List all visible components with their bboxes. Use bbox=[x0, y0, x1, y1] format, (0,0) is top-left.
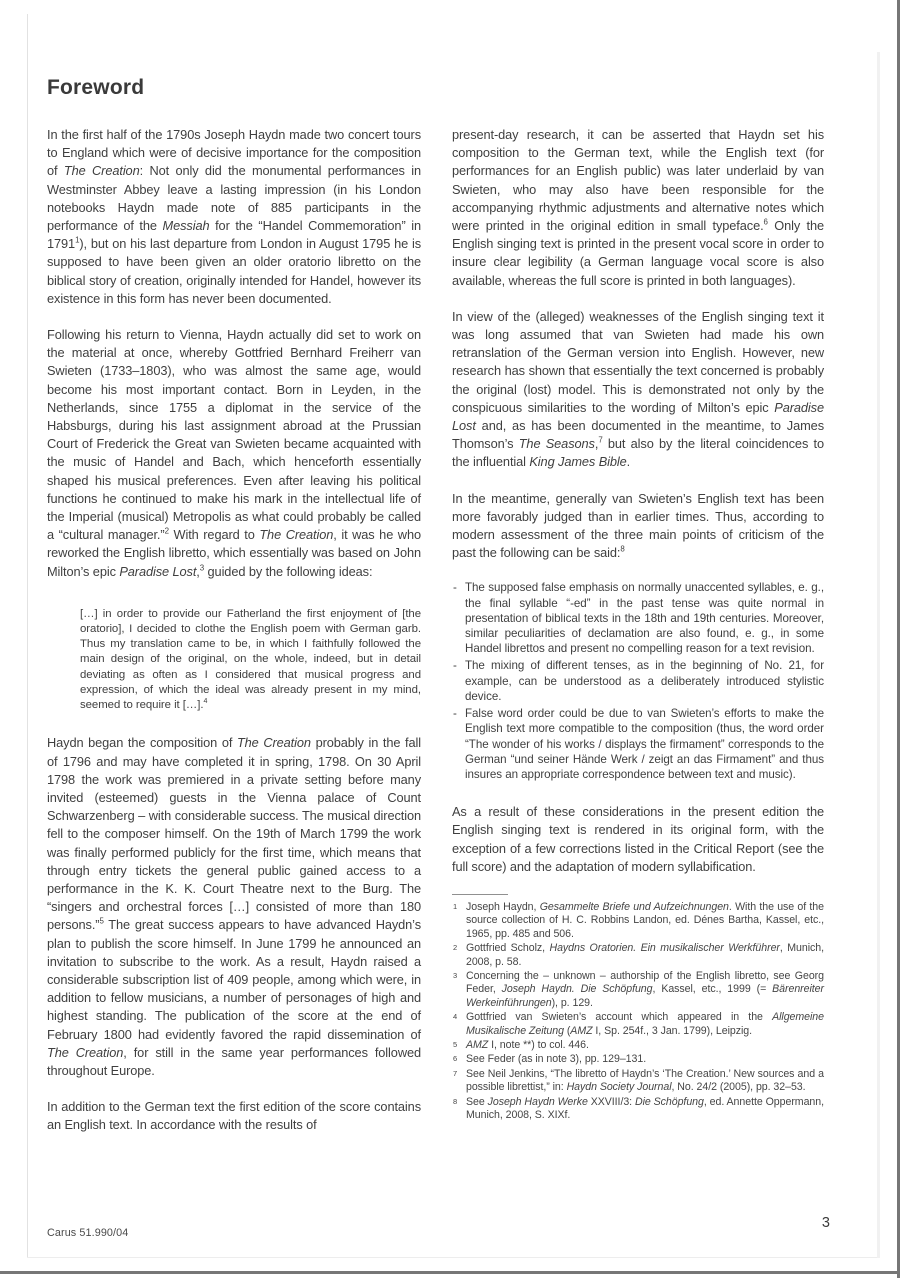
footnote-text: Gottfried van Swieten’s account which ap… bbox=[466, 1011, 824, 1036]
photo-edge-bottom bbox=[0, 1271, 900, 1274]
footnote-text: See Feder (as in note 3), pp. 129–131. bbox=[466, 1053, 646, 1065]
footnote: 8 See Joseph Haydn Werke XXVIII/3: Die S… bbox=[452, 1096, 824, 1123]
list-item: False word order could be due to van Swi… bbox=[452, 706, 824, 782]
footnote-text: See Neil Jenkins, “The libretto of Haydn… bbox=[466, 1068, 824, 1093]
criticism-list: The supposed false emphasis on normally … bbox=[452, 580, 824, 782]
footnote: 4 Gottfried van Swieten’s account which … bbox=[452, 1011, 824, 1038]
page-edge-right bbox=[877, 52, 880, 1258]
footnote-text: Gottfried Scholz, Haydns Oratorien. Ein … bbox=[466, 942, 824, 967]
page-edge-bottom bbox=[27, 1257, 880, 1258]
footnotes: 1 Joseph Haydn, Gesammelte Briefe und Au… bbox=[452, 894, 824, 1123]
footnote-number: 1 bbox=[453, 900, 457, 913]
footnote-number: 4 bbox=[453, 1010, 457, 1023]
footnote-number: 7 bbox=[453, 1067, 457, 1080]
footnote: 3 Concerning the – unknown – authorship … bbox=[452, 970, 824, 1010]
paragraph: Haydn began the composition of The Creat… bbox=[47, 734, 421, 1080]
page-title: Foreword bbox=[47, 76, 144, 100]
footnote-text: AMZ I, note **) to col. 446. bbox=[466, 1039, 589, 1051]
footnote: 7 See Neil Jenkins, “The libretto of Hay… bbox=[452, 1068, 824, 1095]
footnote-text: See Joseph Haydn Werke XXVIII/3: Die Sch… bbox=[466, 1096, 824, 1121]
catalog-number: Carus 51.990/04 bbox=[47, 1227, 128, 1239]
paragraph: Following his return to Vienna, Haydn ac… bbox=[47, 326, 421, 581]
footnote-number: 8 bbox=[453, 1095, 457, 1108]
page-number: 3 bbox=[730, 1215, 830, 1231]
paragraph: In view of the (alleged) weaknesses of t… bbox=[452, 308, 824, 472]
footnote-text: Joseph Haydn, Gesammelte Briefe und Aufz… bbox=[466, 901, 824, 940]
list-item: The supposed false emphasis on normally … bbox=[452, 580, 824, 656]
list-item: The mixing of different tenses, as in th… bbox=[452, 658, 824, 704]
footnote: 1 Joseph Haydn, Gesammelte Briefe und Au… bbox=[452, 901, 824, 941]
footnote-number: 5 bbox=[453, 1038, 457, 1051]
footnote-text: Concerning the – unknown – authorship of… bbox=[466, 970, 824, 1009]
left-column: In the first half of the 1790s Joseph Ha… bbox=[47, 126, 421, 1135]
footnote: 6 See Feder (as in note 3), pp. 129–131. bbox=[452, 1053, 824, 1066]
footnote-number: 3 bbox=[453, 969, 457, 982]
paragraph: In addition to the German text the first… bbox=[47, 1098, 421, 1134]
block-quote: […] in order to provide our Fatherland t… bbox=[80, 607, 421, 713]
footnote-number: 6 bbox=[453, 1052, 457, 1065]
paragraph: present-day research, it can be asserted… bbox=[452, 126, 824, 290]
right-column: present-day research, it can be asserted… bbox=[452, 126, 824, 1123]
footnote-separator bbox=[452, 894, 508, 895]
paragraph: In the first half of the 1790s Joseph Ha… bbox=[47, 126, 421, 308]
footnote: 2 Gottfried Scholz, Haydns Oratorien. Ei… bbox=[452, 942, 824, 969]
footnote: 5 AMZ I, note **) to col. 446. bbox=[452, 1039, 824, 1052]
page-edge-left bbox=[27, 14, 28, 1258]
paragraph: As a result of these considerations in t… bbox=[452, 803, 824, 876]
footnote-number: 2 bbox=[453, 941, 457, 954]
paragraph: In the meantime, generally van Swieten’s… bbox=[452, 490, 824, 563]
